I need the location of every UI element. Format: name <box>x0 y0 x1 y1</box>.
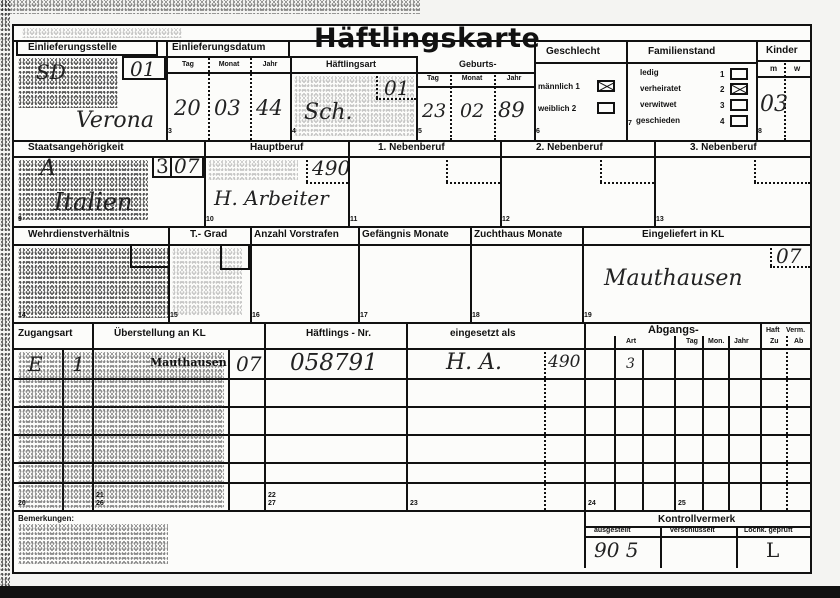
wehrdienst-label: Wehrdienstverhältnis <box>28 229 130 240</box>
nebenberuf3-label: 3. Nebenberuf <box>690 142 757 153</box>
geburts-jahr: 89 <box>498 98 525 122</box>
familienstand-geschieden-label: geschieden <box>636 116 680 125</box>
prisoner-card: Häftlingskarte Einlieferungsstelle 01 SD… <box>12 24 812 574</box>
einlieferungsstelle-stamp <box>18 58 118 108</box>
ueberstellung-row1-code: 07 <box>236 352 261 376</box>
haeftlingsnr-label: Häftlings - Nr. <box>306 328 371 339</box>
tgrad-label: T.- Grad <box>190 229 227 240</box>
kontrollvermerk-ausgestellt-value: 90 5 <box>594 538 639 562</box>
maennlich-checkbox[interactable] <box>597 80 615 92</box>
einlieferungsstelle-code: 01 <box>130 57 155 81</box>
eingesetzt-row1-code: 490 <box>548 352 580 372</box>
geschlecht-weiblich-label: weiblich 2 <box>538 104 576 113</box>
einlieferungsstelle-prefix: SD <box>36 60 66 84</box>
einlieferungsstelle-label: Einlieferungsstelle <box>28 42 117 53</box>
einlieferungsdatum-tag: 20 <box>174 96 201 120</box>
nebenberuf1-label: 1. Nebenberuf <box>378 142 445 153</box>
einlieferungsstelle-value: Verona <box>76 108 154 133</box>
nebenberuf2-label: 2. Nebenberuf <box>536 142 603 153</box>
staatsangehoerigkeit-prefix: A <box>40 156 56 181</box>
kinder-label: Kinder <box>766 45 798 56</box>
geschlecht-maennlich-label: männlich 1 <box>538 82 580 91</box>
zugangsart-row1-b: 1 <box>72 352 85 376</box>
kontrollvermerk-label: Kontrollvermerk <box>658 514 735 525</box>
page-title: Häftlingskarte <box>314 23 540 54</box>
ledig-checkbox[interactable] <box>730 68 748 80</box>
geburts-tag: 23 <box>422 100 446 122</box>
familienstand-ledig-label: ledig <box>640 68 659 77</box>
eingeliefert-code: 07 <box>776 244 801 268</box>
top-stamp-noise <box>22 28 182 38</box>
einlieferungsdatum-jahr-label: Jahr <box>252 61 288 68</box>
scan-bottom-bar <box>0 586 840 598</box>
staatsangehoerigkeit-value: Italien <box>54 188 132 216</box>
ueberstellung-row1-value: Mauthausen <box>150 356 227 369</box>
einlieferungsdatum-label: Einlieferungsdatum <box>172 42 265 53</box>
haeftlingsnr-row1-value: 058791 <box>290 350 378 376</box>
haeftlingsart-value: Sch. <box>304 100 353 125</box>
hauptberuf-label: Hauptberuf <box>250 142 303 153</box>
geschlecht-label: Geschlecht <box>546 46 600 57</box>
verwitwet-checkbox[interactable] <box>730 99 748 111</box>
haeftlingsart-label: Häftlingsart <box>326 59 376 69</box>
staatsangehoerigkeit-label: Staatsangehörigkeit <box>28 142 124 153</box>
eingesetzt-label: eingesetzt als <box>450 328 516 339</box>
geburts-monat: 02 <box>460 100 484 122</box>
hauptberuf-code: 490 <box>312 156 350 180</box>
geburts-monat-label: Monat <box>452 75 492 82</box>
familienstand-label: Familienstand <box>648 46 715 57</box>
scan-noise-top <box>0 0 420 14</box>
familienstand-verheiratet-label: verheiratet <box>640 84 681 93</box>
kinder-value: 03 <box>760 92 788 117</box>
abgangs-row1-art: 3 <box>626 356 635 372</box>
hauptberuf-value: H. Arbeiter <box>214 186 329 210</box>
geburts-jahr-label: Jahr <box>496 75 532 82</box>
gefaengnis-label: Gefängnis Monate <box>362 229 449 240</box>
verheiratet-checkbox[interactable] <box>730 83 748 95</box>
kontrollvermerk-lochkarte-value: L <box>766 538 779 562</box>
vorstrafen-label: Anzahl Vorstrafen <box>254 229 339 240</box>
weiblich-checkbox[interactable] <box>597 102 615 114</box>
zugangsart-label: Zugangsart <box>18 328 72 339</box>
einlieferungsdatum-tag-label: Tag <box>170 61 206 68</box>
ueberstellung-label: Überstellung an KL <box>114 328 206 339</box>
familienstand-verwitwet-label: verwitwet <box>640 100 676 109</box>
geburts-tag-label: Tag <box>418 75 448 82</box>
eingeliefert-label: Eingeliefert in KL <box>642 229 724 240</box>
haeftlingsart-code: 01 <box>384 76 409 100</box>
zuchthaus-label: Zuchthaus Monate <box>474 229 562 240</box>
scan-noise-left <box>0 0 10 598</box>
geburts-label: Geburts- <box>459 59 497 69</box>
einlieferungsdatum-jahr: 44 <box>256 96 283 120</box>
staatsangehoerigkeit-code1: 3 <box>156 154 169 178</box>
bemerkungen-label: Bemerkungen: <box>18 514 74 523</box>
geschieden-checkbox[interactable] <box>730 115 748 127</box>
abgangs-label: Abgangs- <box>648 324 699 336</box>
zugangsart-row1-a: E <box>28 352 43 376</box>
eingeliefert-value: Mauthausen <box>604 266 743 291</box>
einlieferungsdatum-monat: 03 <box>214 96 241 120</box>
einlieferungsdatum-monat-label: Monat <box>208 61 250 68</box>
eingesetzt-row1-value: H. A. <box>446 350 502 375</box>
staatsangehoerigkeit-code2: 07 <box>174 154 199 178</box>
